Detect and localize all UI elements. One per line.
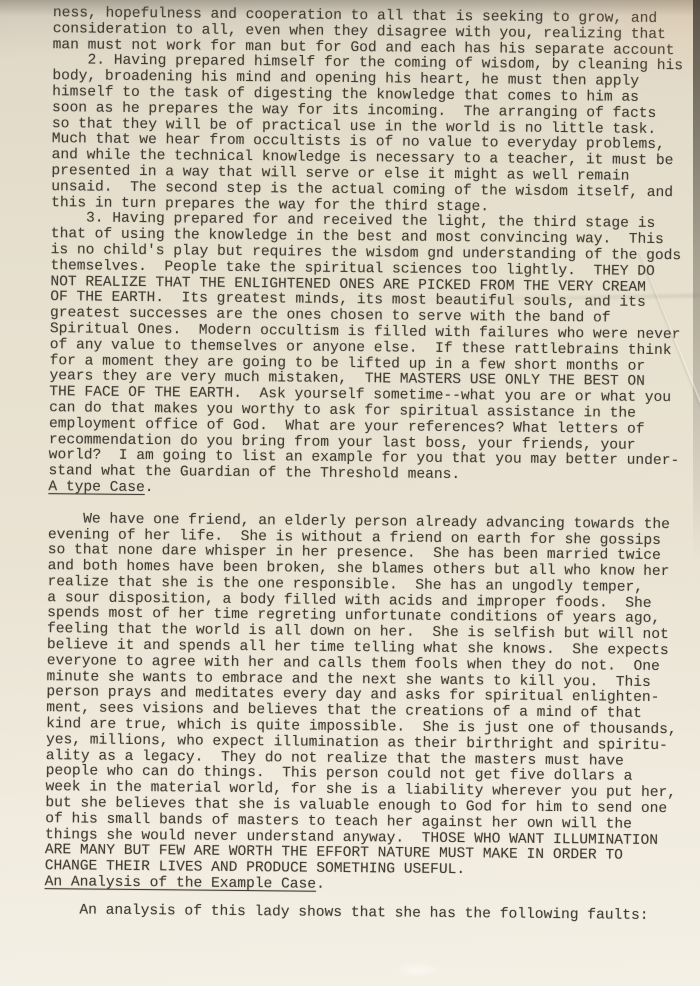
heading-period: . xyxy=(145,480,154,496)
paragraph-step-three: 3. Having prepared for and received the … xyxy=(48,211,698,486)
typewritten-text-block: ness, hopefulness and cooperation to all… xyxy=(0,0,700,925)
heading-underlined-text: An Analysis of the Example Case xyxy=(45,874,317,893)
paragraph-example-case: We have one friend, an elderly person al… xyxy=(45,512,695,882)
scanned-document-page: ness, hopefulness and cooperation to all… xyxy=(0,0,700,986)
heading-period: . xyxy=(316,877,325,893)
paper-smudge xyxy=(395,962,441,978)
paragraph-continuation: ness, hopefulness and cooperation to all… xyxy=(53,6,700,60)
paragraph-analysis-intro: An analysis of this lady shows that she … xyxy=(44,903,691,925)
heading-underlined-text: A type Case xyxy=(48,479,144,496)
paragraph-step-two: 2. Having prepared himself for the comin… xyxy=(51,54,699,218)
